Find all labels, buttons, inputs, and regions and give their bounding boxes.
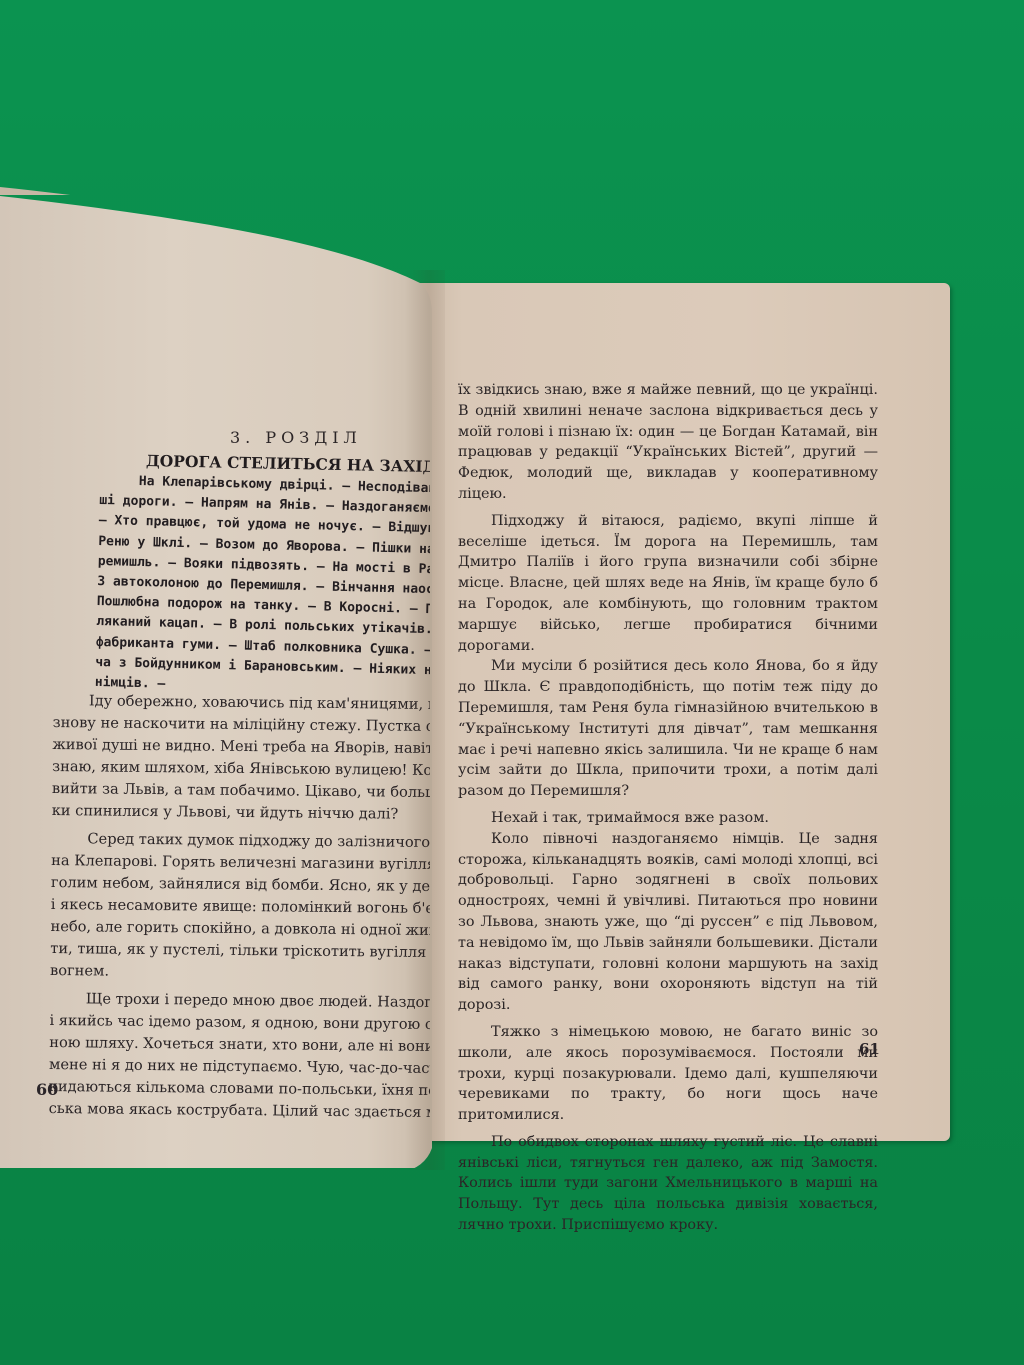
paragraph: Підходжу й вітаюся, радіємо, вкупі ліпше… [458, 511, 878, 657]
body-line: ки спинилися у Львові, чи йдуть ніччю да… [52, 800, 432, 826]
page-number-left: 60 [36, 1080, 58, 1099]
paragraph: їх звідкись знаю, вже я майже певний, що… [458, 380, 878, 505]
paragraph: Ми мусіли б розійтися десь коло Янова, б… [458, 656, 878, 802]
paragraph: По обидвох сторонах шляху густий ліс. Це… [458, 1132, 878, 1236]
body-line: ська мова якась кострубата. Цілий час зд… [48, 1098, 432, 1124]
body-line: вогнем. [50, 960, 432, 986]
right-page-text: їх звідкись знаю, вже я майже певний, що… [458, 380, 878, 1236]
chapter-summary: На Клепарівському двірці. — Несподівані … [95, 471, 432, 702]
chapter-number: 3. РОЗДІЛ [230, 428, 362, 447]
left-page-content: 3. РОЗДІЛ ДОРОГА СТЕЛИТЬСЯ НА ЗАХІД На К… [0, 0, 432, 1365]
paragraph: Нехай і так, тримаймося вже разом. [458, 808, 878, 829]
paragraph: Коло півночі наздоганяємо німців. Це зад… [458, 829, 878, 1016]
page-number-right: 61 [859, 1040, 880, 1058]
paragraph: Тяжко з німецькою мовою, не багато виніс… [458, 1022, 878, 1126]
left-page-body: Іду обережно, ховаючись під кам'яницями,… [48, 690, 432, 1124]
